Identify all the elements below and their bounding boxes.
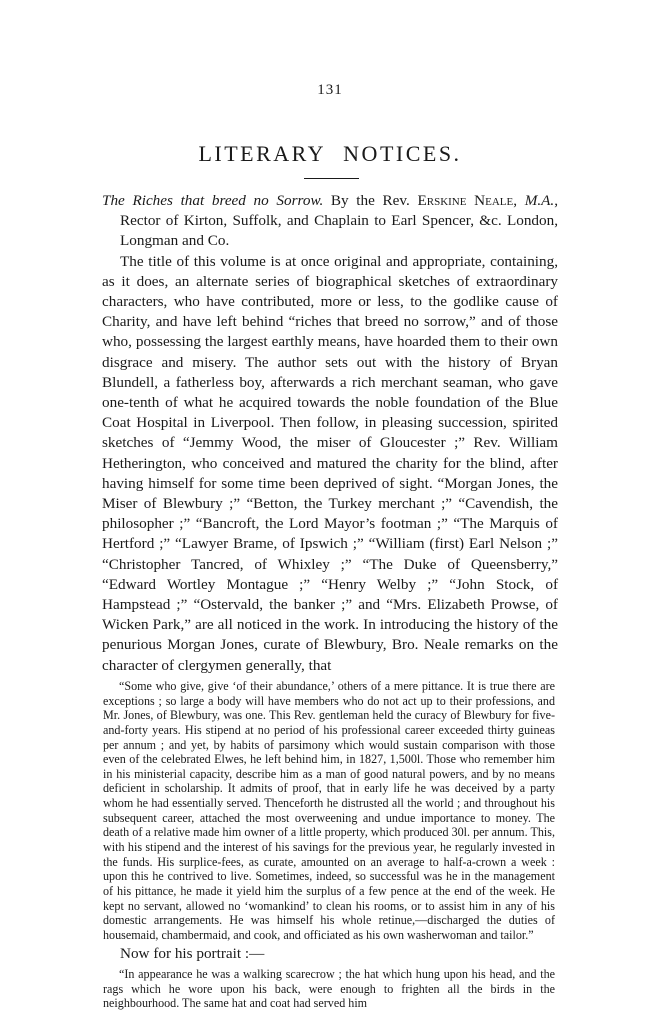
book-by: By the Rev. bbox=[323, 192, 417, 209]
block-quote-portrait: “In appearance he was a walking scarecro… bbox=[102, 967, 555, 1011]
book-comma: , bbox=[513, 192, 524, 209]
block-quote: “Some who give, give ‘of their abundance… bbox=[102, 679, 555, 943]
book-citation: The Riches that breed no Sorrow. By the … bbox=[102, 191, 558, 252]
title-rule-divider bbox=[304, 178, 359, 179]
author-degree: M.A. bbox=[525, 192, 555, 209]
article-body: The Riches that breed no Sorrow. By the … bbox=[102, 191, 558, 1012]
review-paragraph: The title of this volume is at once orig… bbox=[102, 252, 558, 676]
book-title: The Riches that breed no Sorrow. bbox=[102, 192, 323, 209]
book-author: Erskine Neale bbox=[417, 192, 513, 209]
page-number: 131 bbox=[102, 82, 558, 99]
portrait-intro-paragraph: Now for his portrait :— bbox=[102, 944, 558, 964]
section-title: LITERARY NOTICES. bbox=[102, 141, 558, 167]
